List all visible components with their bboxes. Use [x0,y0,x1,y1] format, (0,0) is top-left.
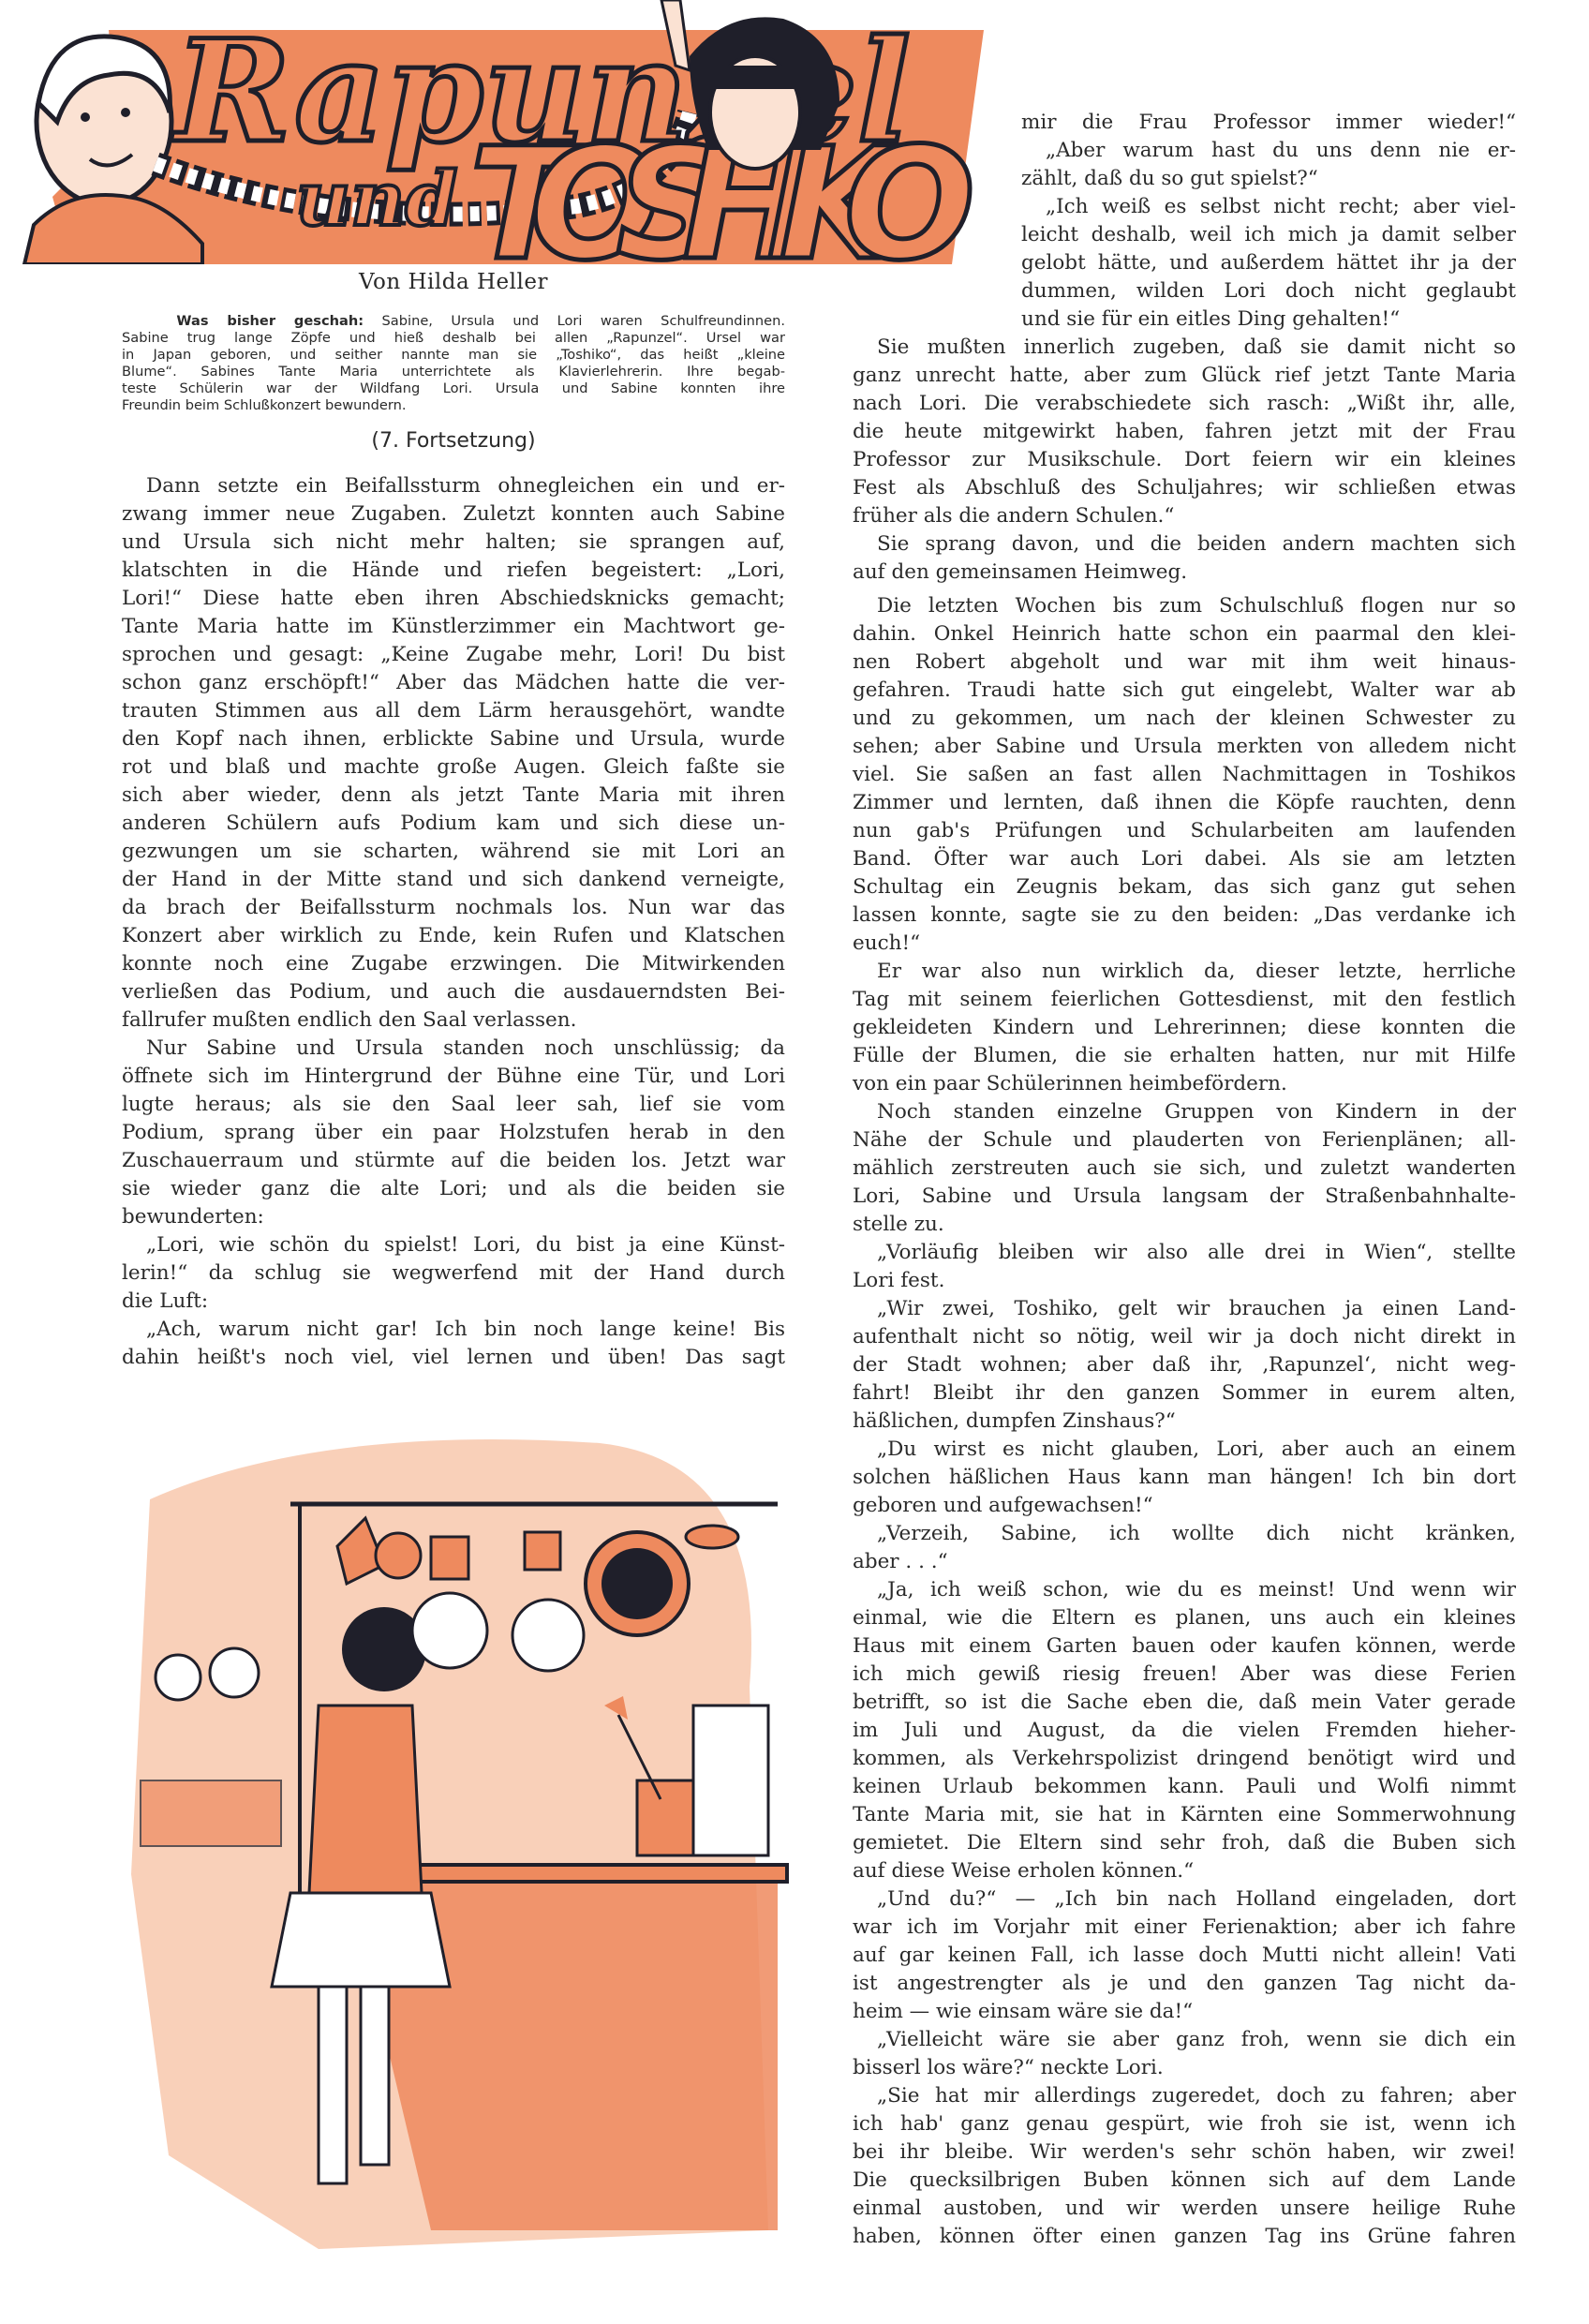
text-line: Fülle der Blumen, die sie erhalten hatte… [853,1042,1516,1070]
text-line: haben, können öfter einen ganzen Tag ins… [853,2223,1516,2251]
text-line: betrifft, so ist die Sache eben die, daß… [853,1689,1516,1717]
text-line: Band. Öfter war auch Lori dabei. Als sie… [853,845,1516,873]
text-line: stelle zu. [853,1211,1516,1239]
text-line: kommen, als Verkehrspolizist dringend be… [853,1745,1516,1773]
text-line: „Vorläufig bleiben wir also alle drei in… [853,1239,1516,1267]
text-line: gefahren. Traudi hatte sich gut eingeleb… [853,677,1516,705]
text-line: die heute mitgewirkt haben, fahren jetzt… [853,418,1516,446]
text-line: Schultag ein Zeugnis bekam, das sich gan… [853,873,1516,901]
text-line: nach Lori. Die verabschiedete sich rasch… [853,390,1516,418]
summary-lead: Was bisher geschah: [176,313,364,329]
text-line: der Hand in der Mitte stand und sich dan… [122,866,785,894]
summary-line: Freundin beim Schlußkonzert bewundern. [122,397,785,414]
text-line: sprochen und gesagt: „Keine Zugabe mehr,… [122,641,785,669]
text-line: „Und du?“ — „Ich bin nach Holland eingel… [853,1885,1516,1914]
text-line: gemietet. Die Eltern sind sehr froh, daß… [853,1829,1516,1857]
text-line: Tante Maria mit, sie hat in Kärnten eine… [853,1801,1516,1829]
text-line: bei ihr bleibe. Wir werden's sehr schön … [853,2138,1516,2167]
text-line: „Ach, warum nicht gar! Ich bin noch lang… [122,1316,785,1344]
text-line: rot und blaß und machte große Augen. Gle… [122,753,785,782]
summary-line: teste Schülerin war der Wildfang Lori. U… [122,380,785,397]
text-line: nun gab's Prüfungen und Schularbeiten am… [853,817,1516,845]
title-banner-art: Rapunzel und TOSHIKO [15,0,984,264]
kitchen-scene-art [37,1406,834,2305]
right-column-text: Sie mußten innerlich zugeben, daß sie da… [853,334,1516,2251]
text-line: gelobt hätte, und außerdem hättet ihr ja… [1021,249,1516,277]
text-line: auf den gemeinsamen Heimweg. [853,559,1516,587]
text-line: „Du wirst es nicht glauben, Lori, aber a… [853,1436,1516,1464]
text-line: lassen konnte, sagte sie zu den beiden: … [853,901,1516,930]
text-line: dahin heißt's noch viel, viel lernen und… [122,1344,785,1372]
text-line: Lori fest. [853,1267,1516,1295]
text-line: „Ich weiß es selbst nicht recht; aber vi… [1021,193,1516,221]
text-line: Er war also nun wirklich da, dieser letz… [853,958,1516,986]
text-line: Lori!“ Diese hatte eben ihren Abschiedsk… [122,585,785,613]
text-line: ich mich gewiß riesig freuen! Aber was d… [853,1661,1516,1689]
text-line: mir die Frau Professor immer wieder!“ [1021,109,1516,137]
text-line: keinen Urlaub bekommen kann. Pauli und W… [853,1773,1516,1801]
text-line: Nur Sabine und Ursula standen noch unsch… [122,1035,785,1063]
summary-line: Was bisher geschah: Sabine, Ursula und L… [122,313,785,330]
right-top-column-text: mir die Frau Professor immer wieder!“„Ab… [1021,109,1516,334]
text-line: zwang immer neue Zugaben. Zuletzt konnte… [122,500,785,529]
text-line: lugte heraus; als sie den Saal leer sah,… [122,1091,785,1119]
text-line: sie wieder ganz die alte Lori; und als d… [122,1175,785,1203]
summary-line: in Japan geboren, und seither nannte man… [122,347,785,364]
text-line: Die letzten Wochen bis zum Schulschluß f… [853,592,1516,620]
text-line: die Luft: [122,1288,785,1316]
text-line: Tag mit seinem feierlichen Gottesdienst,… [853,986,1516,1014]
text-line: „Vielleicht wäre sie aber ganz froh, wen… [853,2026,1516,2054]
text-line: Dann setzte ein Beifallssturm ohnegleich… [122,472,785,500]
text-line: einmal, wie die Eltern es planen, uns au… [853,1604,1516,1632]
text-line: fallrufer mußten endlich den Saal verlas… [122,1006,785,1035]
text-line: Konzert aber wirklich zu Ende, kein Rufe… [122,922,785,950]
text-line: von ein paar Schülerinnen heimbefördern. [853,1070,1516,1098]
text-line: „Sie hat mir allerdings zugeredet, doch … [853,2082,1516,2110]
text-line: dahin. Onkel Heinrich hatte schon ein pa… [853,620,1516,648]
continuation-label: (7. Fortsetzung) [122,429,785,453]
text-line: geboren und aufgewachsen!“ [853,1492,1516,1520]
text-line: trauten Stimmen aus all dem Lärm herausg… [122,697,785,725]
byline: Von Hilda Heller [122,270,785,294]
text-line: früher als die andern Schulen.“ [853,502,1516,530]
text-line: ich hab' ganz genau gespürt, wie froh si… [853,2110,1516,2138]
story-summary: Was bisher geschah: Sabine, Ursula und L… [122,313,785,414]
text-line: Sie sprang davon, und die beiden andern … [853,530,1516,559]
text-line: gekleideten Kindern und Lehrerinnen; die… [853,1014,1516,1042]
text-line: verließen das Podium, und auch die ausda… [122,978,785,1006]
text-line: „Lori, wie schön du spielst! Lori, du bi… [122,1231,785,1259]
text-line: Haus mit einem Garten bauen oder kaufen … [853,1632,1516,1661]
text-line: leicht deshalb, weil ich mich ja damit s… [1021,221,1516,249]
text-line: ist angestrengter als je und den ganzen … [853,1970,1516,1998]
text-line: anderen Schülern aufs Podium kam und sic… [122,810,785,838]
text-line: aber . . .“ [853,1548,1516,1576]
text-line: Sie mußten innerlich zugeben, daß sie da… [853,334,1516,362]
text-line: auf gar keinen Fall, ich lasse doch Mutt… [853,1942,1516,1970]
text-line: ganz unrecht hatte, aber zum Glück rief … [853,362,1516,390]
text-line: Die quecksilbrigen Buben können sich auf… [853,2167,1516,2195]
text-line: Fest als Abschluß des Schuljahres; wir s… [853,474,1516,502]
summary-line: Sabine trug lange Zöpfe und hieß deshalb… [122,330,785,347]
text-line: gezwungen um sie scharten, während sie m… [122,838,785,866]
text-line: der Stadt wohnen; aber daß ihr, ‚Rapunze… [853,1351,1516,1379]
text-line: klatschten in die Hände und riefen begei… [122,557,785,585]
text-line: Zimmer und lernten, daß ihnen die Köpfe … [853,789,1516,817]
text-line: dummen, wilden Lori doch nicht geglaubt [1021,277,1516,305]
text-line: einmal austoben, und wir werden unsere h… [853,2195,1516,2223]
text-line: Tante Maria hatte im Künstlerzimmer ein … [122,613,785,641]
left-column-text: Dann setzte ein Beifallssturm ohnegleich… [122,472,785,1372]
text-line: euch!“ [853,930,1516,958]
title-connector: und [296,155,457,243]
kitchen-illustration [37,1406,834,2305]
text-line: heim — wie einsam wäre sie da!“ [853,1998,1516,2026]
text-line: aufenthalt nicht so nötig, weil wir ja d… [853,1323,1516,1351]
text-line: solchen häßlichen Haus kann man hängen! … [853,1464,1516,1492]
text-line: zählt, daß du so gut spielst?“ [1021,165,1516,193]
text-line: bewunderten: [122,1203,785,1231]
text-line: den Kopf nach ihnen, erblickte Sabine un… [122,725,785,753]
text-line: öffnete sich im Hintergrund der Bühne ei… [122,1063,785,1091]
text-line: Zuschauerraum und stürmte auf die beiden… [122,1147,785,1175]
text-line: im Juli und August, da die vielen Fremde… [853,1717,1516,1745]
text-line: auf diese Weise erholen können.“ [853,1857,1516,1885]
text-line: lerin!“ da schlug sie wegwerfend mit der… [122,1259,785,1288]
text-line: bisserl los wäre?“ neckte Lori. [853,2054,1516,2082]
summary-line: Blume“. Sabines Tante Maria unterrichtet… [122,364,785,380]
text-line: sich aber wieder, denn als jetzt Tante M… [122,782,785,810]
text-line: und zu gekommen, um nach der kleinen Sch… [853,705,1516,733]
text-line: und Ursula sich nicht mehr halten; sie s… [122,529,785,557]
title-banner: Rapunzel und TOSHIKO [15,0,984,264]
text-line: häßlichen, dumpfen Zinshaus?“ [853,1408,1516,1436]
text-line: und sie für ein eitles Ding gehalten!“ [1021,305,1516,334]
text-line: „Ja, ich weiß schon, wie du es meinst! U… [853,1576,1516,1604]
text-line: nen Robert abgeholt und war mit ihm weit… [853,648,1516,677]
text-line: Noch standen einzelne Gruppen von Kinder… [853,1098,1516,1126]
text-line: „Wir zwei, Toshiko, gelt wir brauchen ja… [853,1295,1516,1323]
text-line: sehen; aber Sabine und Ursula merkten vo… [853,733,1516,761]
text-line: Podium, sprang über ein paar Holzstufen … [122,1119,785,1147]
text-line: Nähe der Schule und plauderten von Ferie… [853,1126,1516,1155]
text-line: fahrt! Bleibt ihr den ganzen Sommer in e… [853,1379,1516,1408]
text-line: schon ganz erschöpft!“ Aber das Mädchen … [122,669,785,697]
text-line: „Aber warum hast du uns denn nie er- [1021,137,1516,165]
text-line: war ich im Vorjahr mit einer Ferienaktio… [853,1914,1516,1942]
text-line: „Verzeih, Sabine, ich wollte dich nicht … [853,1520,1516,1548]
text-line: konnte noch eine Zugabe erzwingen. Die M… [122,950,785,978]
text-line: Lori, Sabine und Ursula langsam der Stra… [853,1183,1516,1211]
text-line: da brach der Beifallssturm nochmals los.… [122,894,785,922]
text-line: mählich zerstreuten auch sie sich, und z… [853,1155,1516,1183]
text-line: Professor zur Musikschule. Dort feiern w… [853,446,1516,474]
text-line: viel. Sie saßen an fast allen Nachmittag… [853,761,1516,789]
